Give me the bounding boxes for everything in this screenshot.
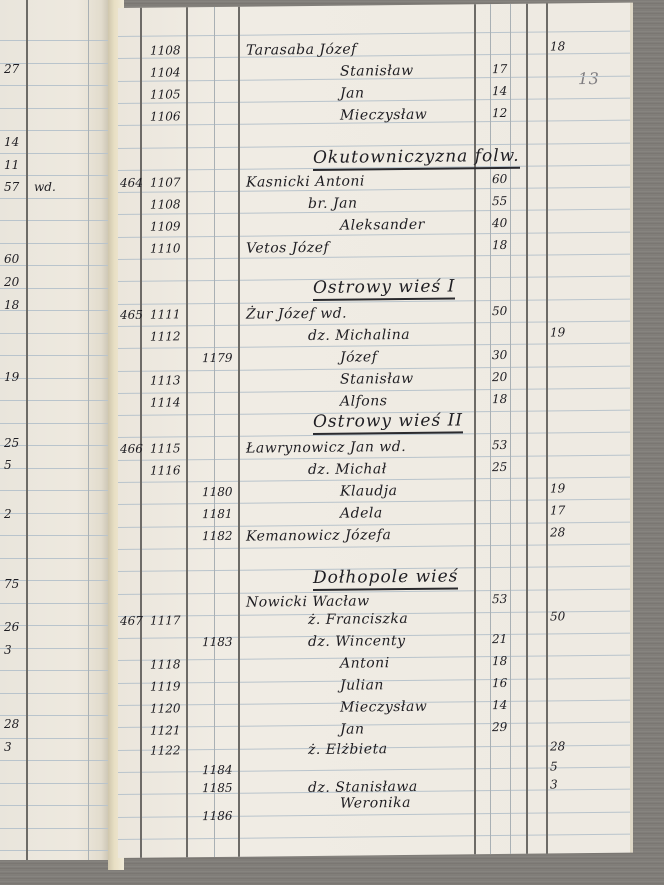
ruled-line [0,423,110,424]
entry-number: 1107 [150,175,181,189]
person-name: Stanisław [340,63,414,80]
person-name: Adela [340,505,383,521]
margin-number: 11 [4,158,19,172]
margin-number: 60 [4,252,19,266]
margin-number: 5 [4,458,12,472]
person-name: Kemanowicz Józefa [246,527,391,545]
person-name: Klaudja [340,483,397,500]
person-name: Stanisław [340,371,414,388]
age-male: 14 [492,698,507,712]
age-male: 53 [492,592,507,606]
person-name: Julian [340,677,384,693]
margin-number: 26 [4,620,19,634]
person-name: Żur Józef wd. [246,306,347,323]
ruled-line [0,738,110,739]
ruled-line [0,243,110,244]
column-line [26,0,28,860]
person-name: Mieczysław [340,107,427,124]
margin-number: 20 [4,275,19,289]
person-name: Jan [340,85,364,101]
age-male: 60 [492,172,507,186]
margin-number: 3 [4,643,12,657]
age-male: 29 [492,720,507,734]
age-female: 18 [550,39,565,53]
entry-number: 1116 [150,463,181,477]
person-name: dz. Michalina [308,327,410,344]
age-female: 5 [550,759,558,773]
age-male: 55 [492,194,507,208]
ruled-line [0,490,110,491]
ruled-line [0,400,110,401]
house-number: 464 [120,176,143,190]
age-male: 18 [492,392,507,406]
ruled-line [0,513,110,514]
entry-number-secondary: 1182 [202,529,233,543]
person-name: Ławrynowicz Jan wd. [246,439,406,457]
margin-number: 57 [4,180,19,194]
age-male: 16 [492,676,507,690]
column-line [214,7,215,857]
ruled-line [0,175,110,176]
column-line [526,4,528,854]
person-name: dz. Stanisława [308,779,418,796]
age-male: 18 [492,238,507,252]
age-female: 3 [550,777,558,791]
person-name: ż. Franciszka [308,611,408,628]
house-number: 465 [120,308,143,322]
ruled-line [0,468,110,469]
ruled-line [0,828,110,829]
person-name: Józef [340,349,377,365]
person-name: Tarasaba Józef [246,41,357,58]
entry-number-secondary: 1181 [202,507,233,521]
ruled-line [118,53,630,59]
ruled-line [118,187,630,193]
margin-number: 14 [4,135,19,149]
entry-number: 1112 [150,329,181,343]
ruled-line [0,805,110,806]
entry-number-secondary: 1180 [202,485,233,499]
person-name: dz. Michał [308,461,387,478]
entry-number: 1108 [150,197,181,211]
age-female: 17 [550,503,565,517]
margin-note: wd. [34,180,56,194]
page-number: 13 [578,69,599,88]
ruled-line [0,153,110,154]
entry-number-secondary: 1184 [202,763,233,777]
entry-number-secondary: 1179 [202,351,233,365]
column-line [186,7,188,857]
person-name: Antoni [340,655,390,672]
entry-number: 1104 [150,65,181,79]
age-male: 40 [492,216,507,230]
entry-number: 1111 [150,307,181,321]
age-female: 19 [550,325,565,339]
section-heading: Ostrowy wieś II [313,410,463,435]
ruled-line [0,558,110,559]
age-male: 14 [492,84,507,98]
person-name: br. Jan [308,195,358,212]
age-male: 17 [492,62,507,76]
entry-number: 1109 [150,219,181,233]
ruled-line [0,535,110,536]
age-female: 19 [550,481,565,495]
ruled-line [0,648,110,649]
ruled-line [0,760,110,761]
age-male: 18 [492,654,507,668]
entry-number: 1106 [150,109,181,123]
ruled-line [118,209,630,215]
age-male: 53 [492,438,507,452]
person-name: Nowicki Wacław [246,593,370,610]
age-male: 21 [492,632,507,646]
entry-number: 1115 [150,441,181,455]
section-heading: Okutowniczyzna folw. [313,146,520,171]
margin-number: 75 [4,577,19,591]
entry-number: 1118 [150,657,181,671]
ruled-line [0,220,110,221]
ruled-line [118,544,630,550]
house-number: 467 [120,614,143,628]
ruled-line [0,693,110,694]
age-male: 50 [492,304,507,318]
ruled-line [118,811,630,817]
ruled-line [118,254,630,260]
entry-number: 1114 [150,395,181,409]
entry-number: 1120 [150,701,181,715]
ruled-line [0,108,110,109]
age-female: 50 [550,609,565,623]
age-female: 28 [550,739,565,753]
person-name: Alfons [340,393,387,409]
ruled-line [0,198,110,199]
ruled-line [0,603,110,604]
entry-number: 1117 [150,613,181,627]
entry-number: 1119 [150,679,181,693]
column-line [474,4,476,854]
column-line [510,4,511,854]
person-name: Aleksander [340,217,425,234]
entry-number: 1121 [150,723,181,737]
ruled-line [0,85,110,86]
entry-number-secondary: 1186 [202,809,233,823]
person-name: Jan [340,721,364,737]
person-name: Vetos Józef [246,240,329,257]
person-name: dz. Wincenty [308,633,406,650]
margin-number: 28 [4,717,19,731]
margin-number: 19 [4,370,19,384]
margin-number: 27 [4,62,19,76]
entry-number: 1108 [150,43,181,57]
age-male: 20 [492,370,507,384]
column-line [546,4,548,854]
margin-number: 25 [4,436,19,450]
ruled-line [0,715,110,716]
ruled-line [0,783,110,784]
ruled-line [118,98,630,104]
ruled-line [0,40,110,41]
ruled-line [0,850,110,851]
left-page: 27141157wd.60201819255275263283 [0,0,110,860]
entry-number: 1113 [150,373,181,387]
margin-number: 18 [4,298,19,312]
section-heading: Ostrowy wieś I [313,276,455,300]
column-line [490,4,491,854]
age-male: 12 [492,106,507,120]
person-name: Kasnicki Antoni [246,173,365,190]
entry-number: 1122 [150,743,181,757]
section-heading: Dołhopole wieś [313,566,458,591]
margin-number: 3 [4,740,12,754]
column-line [238,7,240,857]
person-name: ż. Elżbieta [308,741,388,758]
column-line [140,8,142,858]
age-female: 28 [550,525,565,539]
age-male: 25 [492,460,507,474]
ruled-line [118,31,630,37]
entry-number: 1105 [150,87,181,101]
person-name: Weronika [340,795,411,812]
column-line [88,0,89,860]
right-page: 13 1108Tarasaba Józef181104Stanisław1711… [118,3,633,858]
ruled-line [118,833,630,839]
ruled-line [0,130,110,131]
house-number: 466 [120,442,143,456]
margin-number: 2 [4,507,12,521]
ruled-line [118,343,630,349]
ruled-line [0,333,110,334]
ruled-line [118,722,630,728]
age-male: 30 [492,348,507,362]
entry-number-secondary: 1183 [202,635,233,649]
entry-number: 1110 [150,241,181,255]
ruled-line [0,355,110,356]
ruled-line [0,670,110,671]
person-name: Mieczysław [340,699,427,716]
entry-number-secondary: 1185 [202,781,233,795]
